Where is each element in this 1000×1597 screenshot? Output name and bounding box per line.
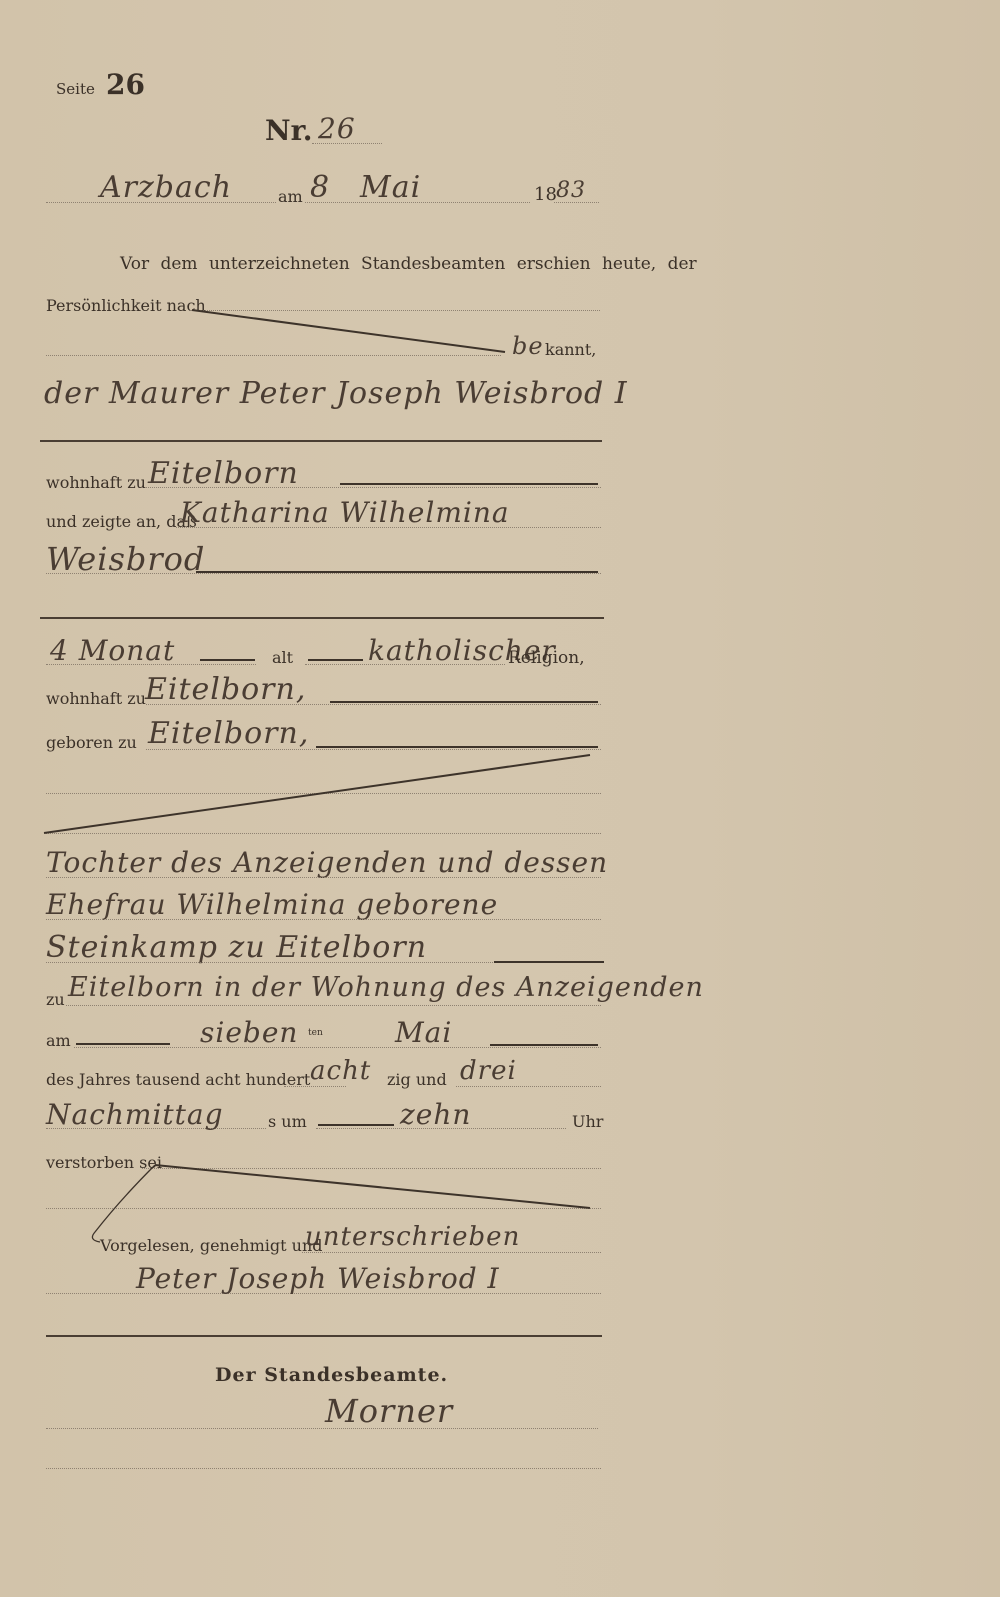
civil-death-record-page: Seite 26 Nr. 26 Arzbach am 8 Mai 18 83 V… — [0, 0, 1000, 1597]
cancellation-strokes — [0, 0, 1000, 1597]
died-strike — [155, 1165, 590, 1208]
died-hook — [92, 1165, 155, 1242]
personality-strike — [192, 310, 505, 352]
blank-lines-strike — [44, 755, 590, 833]
